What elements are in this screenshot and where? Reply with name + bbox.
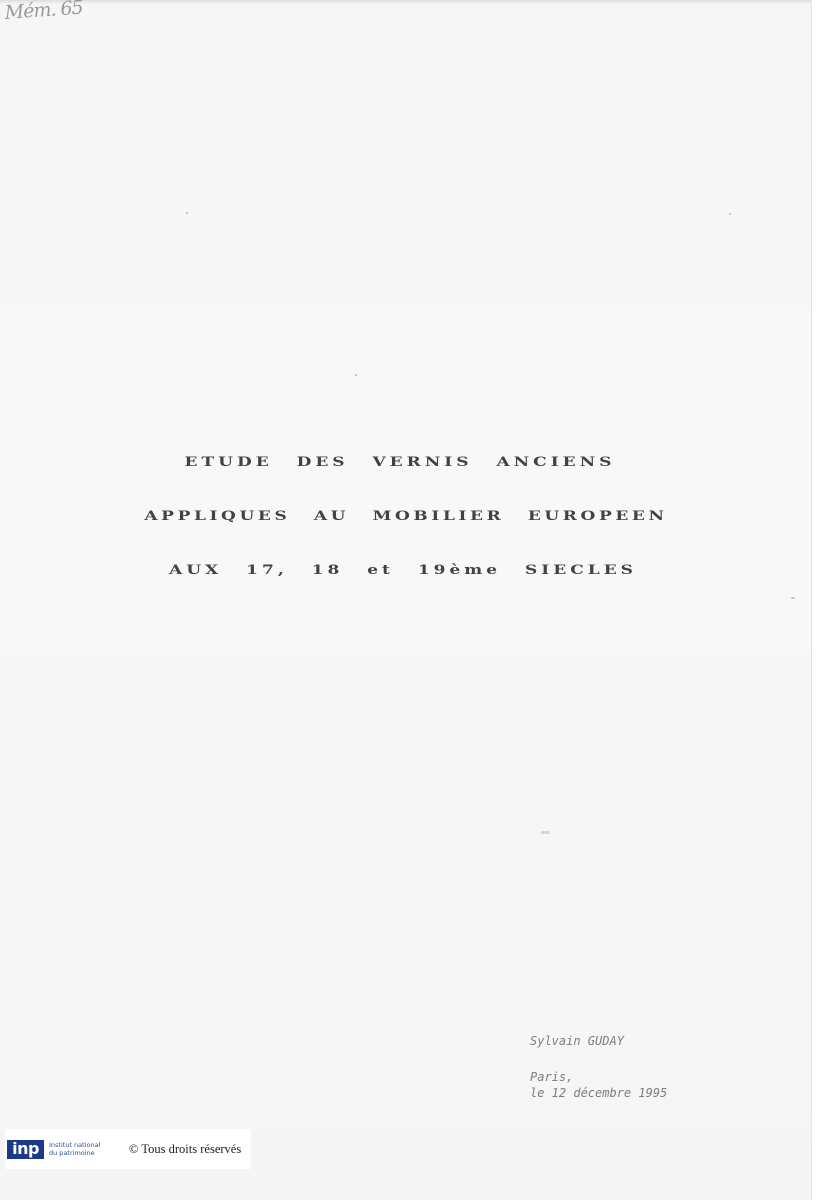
date: le 12 décembre 1995 [530,1086,667,1100]
handwritten-archive-mark: Mém. 65 [4,0,83,24]
title-line-3: AUX 17, 18 et 19ème SIECLES [0,562,809,578]
scan-speck [791,597,795,599]
scan-speck [355,374,357,376]
title-line-2: APPLIQUES AU MOBILIER EUROPEEN [0,508,812,524]
author-name: Sylvain GUDAY [530,1034,624,1048]
place: Paris, [530,1070,573,1084]
institution-name: Institut national du patrimoine [49,1141,119,1157]
inp-logo-icon: inp [7,1140,44,1159]
scan-speck [541,831,550,834]
page-right-edge [811,0,817,1200]
rights-notice: © Tous droits réservés [129,1142,241,1157]
scanned-page: Mém. 65 ETUDE DES VERNIS ANCIENS APPLIQU… [0,0,812,1200]
scan-top-shadow [0,0,812,4]
scan-speck [186,212,188,214]
copyright-stamp: inp Institut national du patrimoine © To… [5,1129,251,1169]
institution-line-1: Institut national [49,1141,119,1149]
scan-speck [729,213,731,215]
title-line-1: ETUDE DES VERNIS ANCIENS [0,454,806,470]
institution-line-2: du patrimoine [49,1149,119,1157]
